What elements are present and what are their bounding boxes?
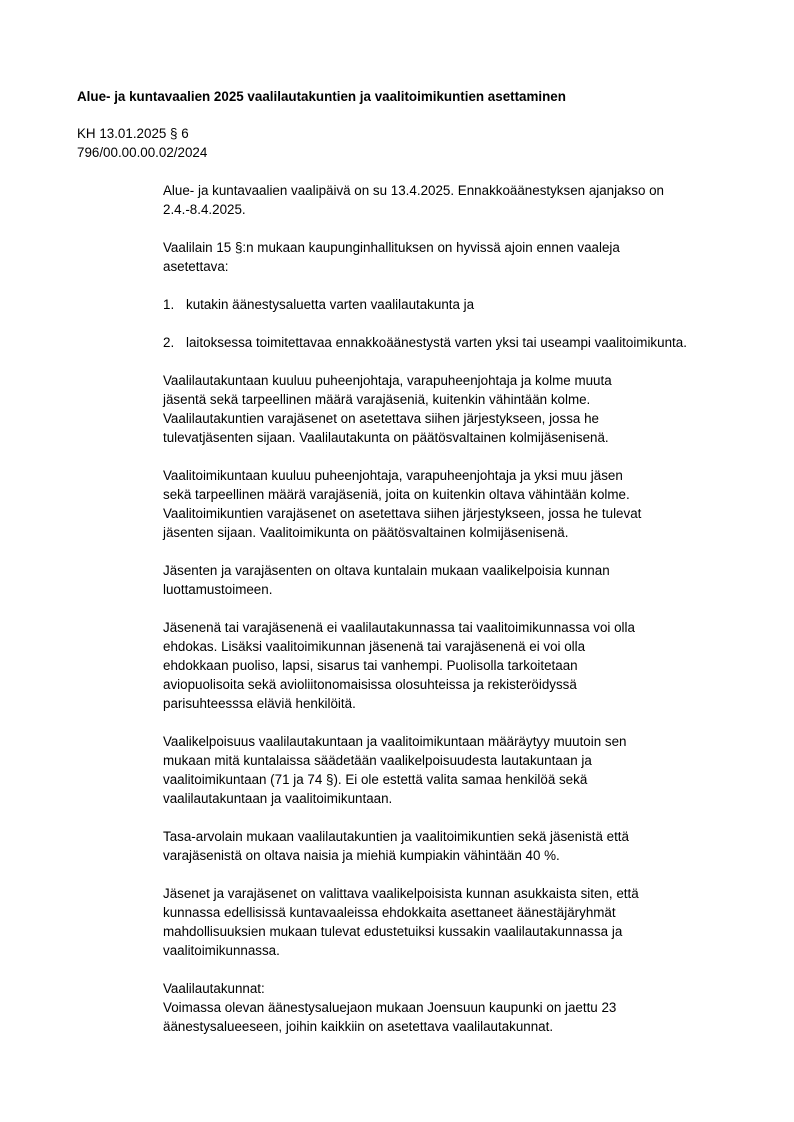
paragraph: Alue- ja kuntavaalien vaalipäivä on su 1…	[163, 181, 753, 219]
document-page: Alue- ja kuntavaalien 2025 vaalilautakun…	[0, 0, 794, 1122]
list-item-number: 2.	[163, 333, 186, 352]
paragraph-line: jäsentä sekä tarpeellinen määrä varajäse…	[163, 390, 753, 409]
paragraph-line: Alue- ja kuntavaalien vaalipäivä on su 1…	[163, 181, 753, 200]
paragraph-line: Vaalitoimikuntaan kuuluu puheenjohtaja, …	[163, 466, 753, 485]
paragraph: Vaalilautakunnat:Voimassa olevan äänesty…	[163, 979, 753, 1036]
list-item-number: 1.	[163, 295, 186, 314]
document-body: Alue- ja kuntavaalien vaalipäivä on su 1…	[163, 181, 753, 1055]
case-number: 796/00.00.00.02/2024	[77, 143, 207, 162]
paragraph-line: ehdokas. Lisäksi vaalitoimikunnan jäsene…	[163, 637, 753, 656]
paragraph-line: Jäsenten ja varajäsenten on oltava kunta…	[163, 561, 753, 580]
paragraph-line: Jäsenenä tai varajäsenenä ei vaalilautak…	[163, 618, 753, 637]
paragraph-line: Voimassa olevan äänestysaluejaon mukaan …	[163, 998, 753, 1017]
list-item: 1.kutakin äänestysaluetta varten vaalila…	[163, 295, 753, 314]
paragraph-line: sekä tarpeellinen määrä varajäseniä, joi…	[163, 485, 753, 504]
list-item: 2.laitoksessa toimitettavaa ennakkoäänes…	[163, 333, 753, 352]
paragraph-line: ehdokkaan puoliso, lapsi, sisarus tai va…	[163, 656, 753, 675]
paragraph-line: vaalilautakuntaan ja vaalitoimikuntaan.	[163, 789, 753, 808]
paragraph-line: Jäsenet ja varajäsenet on valittava vaal…	[163, 884, 753, 903]
paragraph: Vaalitoimikuntaan kuuluu puheenjohtaja, …	[163, 466, 753, 542]
paragraph-line: luottamustoimeen.	[163, 580, 753, 599]
paragraph-line: jäsenten sijaan. Vaalitoimikunta on päät…	[163, 523, 753, 542]
meeting-reference: KH 13.01.2025 § 6	[77, 124, 207, 143]
paragraph-line: 2.4.-8.4.2025.	[163, 200, 753, 219]
numbered-list: 1.kutakin äänestysaluetta varten vaalila…	[163, 295, 753, 352]
paragraph-line: Vaalilautakuntaan kuuluu puheenjohtaja, …	[163, 371, 753, 390]
paragraph: Vaalilain 15 §:n mukaan kaupunginhallitu…	[163, 238, 753, 276]
paragraph-line: äänestysalueeseen, joihin kaikkiin on as…	[163, 1017, 753, 1036]
document-title: Alue- ja kuntavaalien 2025 vaalilautakun…	[77, 89, 566, 104]
list-item-text: laitoksessa toimitettavaa ennakkoäänesty…	[186, 335, 687, 350]
paragraph-line: Vaalilautakunnat:	[163, 979, 753, 998]
paragraph-line: kunnassa edellisissä kuntavaaleissa ehdo…	[163, 903, 753, 922]
paragraph: Vaalilautakuntaan kuuluu puheenjohtaja, …	[163, 371, 753, 447]
paragraph: Jäsenten ja varajäsenten on oltava kunta…	[163, 561, 753, 599]
paragraph-line: parisuhteesssa eläviä henkilöitä.	[163, 694, 753, 713]
paragraph-line: tulevatjäsenten sijaan. Vaalilautakunta …	[163, 428, 753, 447]
paragraph-line: mahdollisuuksien mukaan tulevat edustetu…	[163, 922, 753, 941]
paragraph: Jäsenenä tai varajäsenenä ei vaalilautak…	[163, 618, 753, 713]
paragraph-line: Vaalikelpoisuus vaalilautakuntaan ja vaa…	[163, 732, 753, 751]
paragraph: Tasa-arvolain mukaan vaalilautakuntien j…	[163, 827, 753, 865]
paragraph-line: varajäsenistä on oltava naisia ja miehiä…	[163, 846, 753, 865]
paragraph-line: asetettava:	[163, 257, 753, 276]
list-item-text: kutakin äänestysaluetta varten vaalilaut…	[186, 297, 474, 312]
paragraph-line: vaalitoimikunnassa.	[163, 941, 753, 960]
paragraph: Vaalikelpoisuus vaalilautakuntaan ja vaa…	[163, 732, 753, 808]
paragraph-line: vaalitoimikuntaan (71 ja 74 §). Ei ole e…	[163, 770, 753, 789]
paragraph-line: Vaalilain 15 §:n mukaan kaupunginhallitu…	[163, 238, 753, 257]
paragraph-line: Vaalitoimikuntien varajäsenet on asetett…	[163, 504, 753, 523]
paragraph-line: mukaan mitä kuntalaissa säädetään vaalik…	[163, 751, 753, 770]
paragraph: Jäsenet ja varajäsenet on valittava vaal…	[163, 884, 753, 960]
document-meta: KH 13.01.2025 § 6 796/00.00.00.02/2024	[77, 124, 207, 162]
paragraph-line: Vaalilautakuntien varajäsenet on asetett…	[163, 409, 753, 428]
paragraph-line: Tasa-arvolain mukaan vaalilautakuntien j…	[163, 827, 753, 846]
paragraph-line: aviopuolisoita sekä avioliitonomaisissa …	[163, 675, 753, 694]
